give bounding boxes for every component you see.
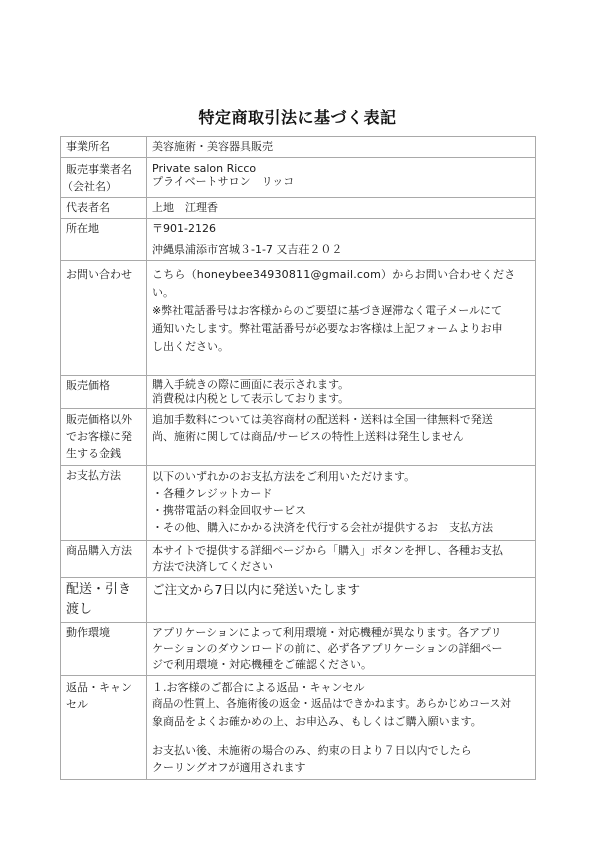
row-value: 本サイトで提供する詳細ページから「購入」ボタンを押し、各種お支払 方法で決済して… (147, 541, 536, 578)
value-text: 追加手数料については美容商材の配送料・送料は全国一律無料で発送 (152, 411, 531, 428)
label-text: 動作環境 (66, 625, 142, 641)
payment-method-item: ・各種クレジットカード (152, 485, 531, 502)
table-row-address: 所在地 〒901-2126 沖縄県浦添市宮城３-1-7 又吉荘２０２ (61, 219, 536, 261)
row-value: 上地 江理香 (147, 198, 536, 219)
postal-code: 〒901-2126 (152, 221, 531, 237)
row-label: 販売価格以外 でお客様に発 生する金銭 (61, 409, 147, 466)
label-text: 渡し (66, 600, 142, 620)
value-text: ご注文から7日以内に発送いたします (152, 580, 531, 600)
label-text: 返品・キャン (66, 679, 142, 696)
table-row-seller-name: 販売事業者名 （会社名） Private salon Ricco プライベートサ… (61, 158, 536, 198)
table-row-business-name: 事業所名 美容施術・美容器具販売 (61, 137, 536, 158)
label-text: 商品購入方法 (66, 543, 142, 559)
row-label: 販売価格 (61, 376, 147, 409)
blank-line (152, 730, 531, 742)
value-text: Private salon Ricco (152, 162, 531, 175)
row-label: 商品購入方法 (61, 541, 147, 578)
label-text: セル (66, 696, 142, 713)
page-title: 特定商取引法に基づく表記 (0, 107, 595, 129)
table-row-contact: お問い合わせ こちら（honeybee34930811@gmail.com）から… (61, 261, 536, 376)
contact-email-link[interactable]: こちら（honeybee34930811@gmail.com）からお問い合わせく… (152, 267, 531, 283)
value-text: 通知いたします。弊社電話番号が必要なお客様は上記フォームよりお申 (152, 321, 531, 337)
row-label: 所在地 (61, 219, 147, 261)
table-row-representative: 代表者名 上地 江理香 (61, 198, 536, 219)
value-text: 商品の性質上、各施術後の返金・返品はできかねます。あらかじめコース対 (152, 696, 531, 713)
label-text: 販売価格 (66, 378, 142, 394)
table-row-delivery: 配送・引き 渡し ご注文から7日以内に発送いたします (61, 578, 536, 623)
row-value: 〒901-2126 沖縄県浦添市宮城３-1-7 又吉荘２０２ (147, 219, 536, 261)
row-value: １.お客様のご都合による返品・キャンセル 商品の性質上、各施術後の返金・返品はで… (147, 676, 536, 780)
label-text: 事業所名 (66, 139, 142, 155)
row-value: こちら（honeybee34930811@gmail.com）からお問い合わせく… (147, 261, 536, 376)
row-value: 追加手数料については美容商材の配送料・送料は全国一律無料で発送 尚、施術に関して… (147, 409, 536, 466)
label-text: 販売事業者名 (66, 161, 142, 178)
table-row-returns: 返品・キャン セル １.お客様のご都合による返品・キャンセル 商品の性質上、各施… (61, 676, 536, 780)
value-text: アプリケーションによって利用環境・対応機種が異なります。各アプリ (152, 625, 531, 641)
label-text: お支払方法 (66, 468, 142, 484)
table-row-price: 販売価格 購入手続きの際に画面に表示されます。 消費税は内税として表示しておりま… (61, 376, 536, 409)
value-text: ※弊社電話番号はお客様からのご要望に基づき遅滞なく電子メールにて (152, 303, 531, 319)
row-value: アプリケーションによって利用環境・対応機種が異なります。各アプリ ケーションのダ… (147, 623, 536, 676)
value-text: 方法で決済してください (152, 559, 531, 575)
row-value: Private salon Ricco プライベートサロン リッコ (147, 158, 536, 198)
value-text: 消費税は内税として表示しております。 (152, 392, 531, 406)
row-label: 代表者名 (61, 198, 147, 219)
row-label: 配送・引き 渡し (61, 578, 147, 623)
value-text: 象商品をよくお確かめの上、お申込み、もしくはご購入願います。 (152, 713, 531, 730)
row-value: 美容施術・美容器具販売 (147, 137, 536, 158)
value-text: ジで利用環境・対応機種をご確認ください。 (152, 657, 531, 673)
value-text: クーリングオフが適用されます (152, 759, 531, 776)
label-text: お問い合わせ (66, 267, 142, 283)
label-text: でお客様に発 (66, 428, 142, 445)
payment-method-item: ・その他、購入にかかる決済を代行する会社が提供するお 支払方法 (152, 519, 531, 536)
value-text: 以下のいずれかのお支払方法をご利用いただけます。 (152, 468, 531, 485)
value-text: 上地 江理香 (152, 200, 531, 216)
row-label: 返品・キャン セル (61, 676, 147, 780)
value-text: プライベートサロン リッコ (152, 175, 531, 188)
table-row-additional-fees: 販売価格以外 でお客様に発 生する金銭 追加手数料については美容商材の配送料・送… (61, 409, 536, 466)
address-text: 沖縄県浦添市宮城３-1-7 又吉荘２０２ (152, 242, 531, 258)
value-text: 購入手続きの際に画面に表示されます。 (152, 378, 531, 392)
label-text: 代表者名 (66, 200, 142, 216)
row-label: 販売事業者名 （会社名） (61, 158, 147, 198)
commerce-law-table: 事業所名 美容施術・美容器具販売 販売事業者名 （会社名） Private sa… (60, 136, 536, 780)
value-text: 本サイトで提供する詳細ページから「購入」ボタンを押し、各種お支払 (152, 543, 531, 559)
table-row-environment: 動作環境 アプリケーションによって利用環境・対応機種が異なります。各アプリ ケー… (61, 623, 536, 676)
row-label: お支払方法 (61, 466, 147, 541)
row-label: 事業所名 (61, 137, 147, 158)
label-text: 生する金銭 (66, 445, 142, 462)
row-value: ご注文から7日以内に発送いたします (147, 578, 536, 623)
label-text: 配送・引き (66, 580, 142, 600)
label-text: 所在地 (66, 221, 142, 237)
label-text: （会社名） (62, 178, 142, 195)
value-text: し出ください。 (152, 339, 531, 355)
row-value: 以下のいずれかのお支払方法をご利用いただけます。 ・各種クレジットカード ・携帯… (147, 466, 536, 541)
table-row-purchase-method: 商品購入方法 本サイトで提供する詳細ページから「購入」ボタンを押し、各種お支払 … (61, 541, 536, 578)
value-text: ケーションのダウンロードの前に、必ず各アプリケーションの詳細ペー (152, 641, 531, 657)
payment-method-item: ・携帯電話の料金回収サービス (152, 502, 531, 519)
value-text: 美容施術・美容器具販売 (152, 139, 531, 155)
label-text: 販売価格以外 (66, 411, 142, 428)
table-row-payment-methods: お支払方法 以下のいずれかのお支払方法をご利用いただけます。 ・各種クレジットカ… (61, 466, 536, 541)
value-text: お支払い後、未施術の場合のみ、約束の日より７日以内でしたら (152, 742, 531, 759)
value-text: １.お客様のご都合による返品・キャンセル (152, 679, 531, 696)
row-value: 購入手続きの際に画面に表示されます。 消費税は内税として表示しております。 (147, 376, 536, 409)
value-text: 尚、施術に関しては商品/サービスの特性上送料は発生しません (152, 428, 531, 445)
row-label: 動作環境 (61, 623, 147, 676)
row-label: お問い合わせ (61, 261, 147, 376)
value-text: い。 (152, 285, 531, 301)
